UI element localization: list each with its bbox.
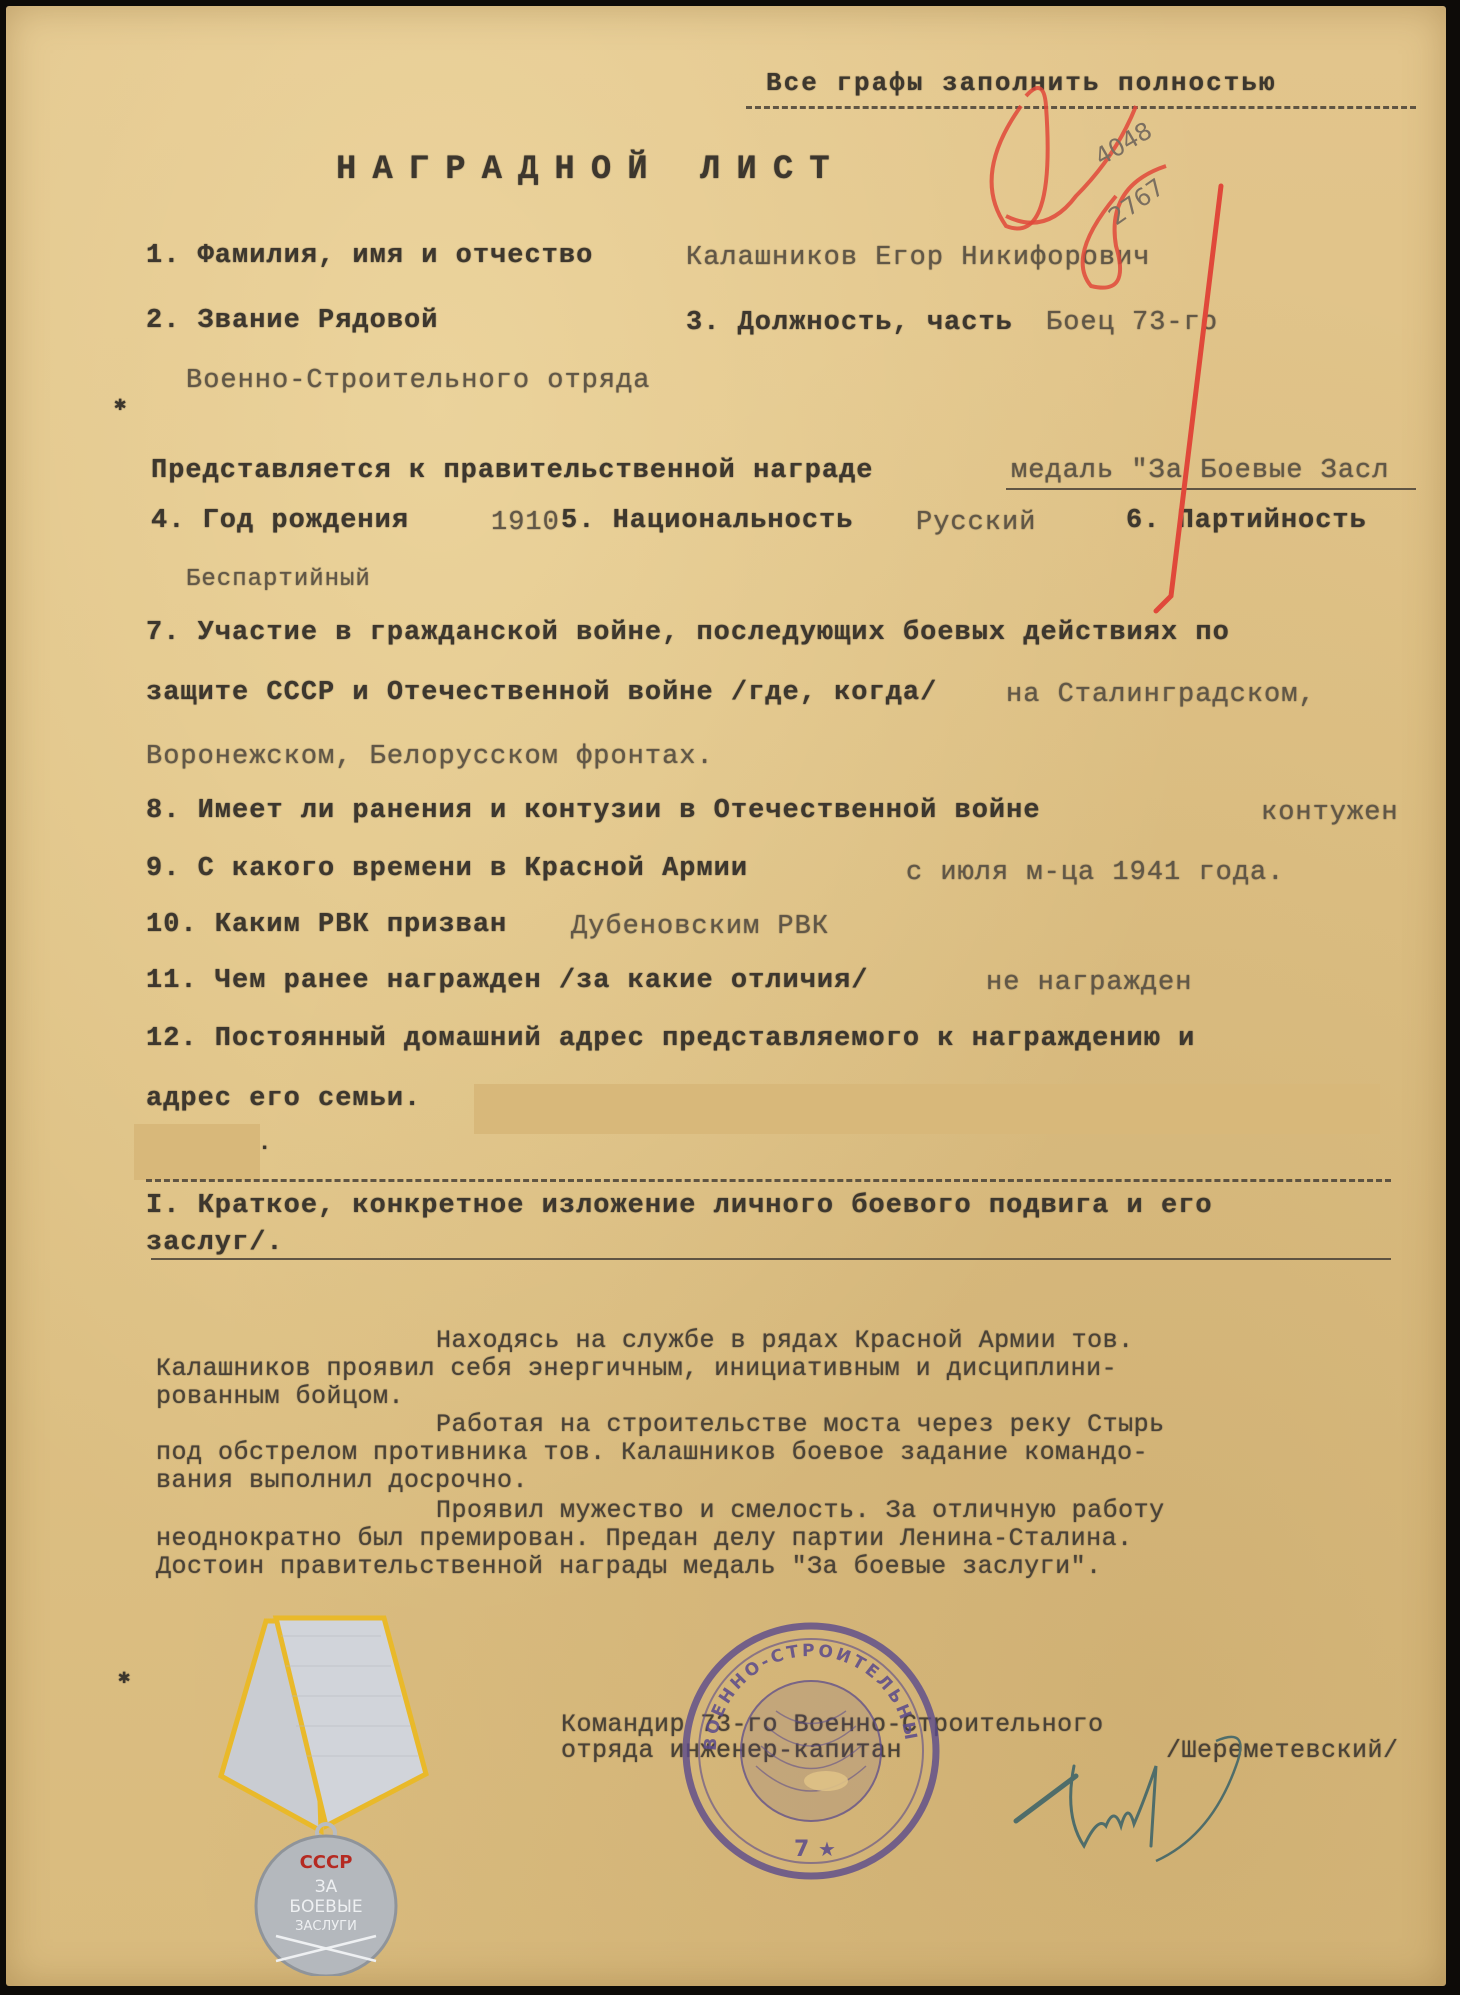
section-bottom-rule	[151, 1258, 1391, 1260]
narrative-line-2: Калашников проявил себя энергичным, иниц…	[156, 1354, 1117, 1383]
svg-text:7: 7	[794, 1837, 809, 1862]
section-top-rule	[146, 1179, 1391, 1182]
field-8-value: контужен	[1261, 798, 1399, 828]
field-10-value: Дубеновским РВК	[571, 912, 829, 942]
field-7-label-line2: защите СССР и Отечественной войне /где, …	[146, 678, 937, 708]
svg-text:★: ★	[818, 1837, 836, 1861]
field-8-label: 8. Имеет ли ранения и контузии в Отечест…	[146, 796, 1041, 826]
svg-text:БОЕВЫЕ: БОЕВЫЕ	[289, 1897, 362, 1917]
field-7-value-line2: Воронежском, Белорусском фронтах.	[146, 742, 714, 772]
narrative-line-5: под обстрелом противника тов. Калашников…	[156, 1438, 1148, 1467]
narrative-line-1: Находясь на службе в рядах Красной Армии…	[436, 1326, 1134, 1355]
narrative-line-6: вания выполнил досрочно.	[156, 1466, 528, 1495]
red-pencil-annotation-icon: 4048 2767	[966, 66, 1286, 616]
hole-punch-mark-2: ✱	[118, 1664, 131, 1690]
redaction-dot: .	[258, 1131, 272, 1156]
redacted-address-block-2	[134, 1124, 260, 1180]
field-4-label: 4. Год рождения	[151, 506, 409, 536]
stamp-icon: ВОЕННО-СТРОИТЕЛЬНЫЙ ОТРЯД 7 ★	[676, 1616, 946, 1886]
field-7-label-line1: 7. Участие в гражданской войне, последую…	[146, 618, 1230, 648]
field-6-value: Беспартийный	[186, 566, 371, 593]
medal-for-combat-merit-image: СССР ЗА БОЕВЫЕ ЗАСЛУГИ	[206, 1596, 446, 1976]
redacted-address-block	[474, 1084, 1380, 1134]
field-12-label-line2: адрес его семьи.	[146, 1084, 421, 1114]
award-sheet-page: Все графы заполнить полностью НАГРАДНОЙ …	[6, 6, 1446, 1986]
field-3-label: 3. Должность, часть	[686, 308, 1013, 338]
field-3-value-cont: Военно-Строительного отряда	[186, 366, 650, 396]
field-1-label: 1. Фамилия, имя и отчество	[146, 241, 593, 271]
field-7-value-line1: на Сталинградском,	[1006, 680, 1316, 710]
field-11-label: 11. Чем ранее награжден /за какие отличи…	[146, 966, 869, 996]
field-2-label: 2. Звание Рядовой	[146, 306, 438, 336]
svg-text:СССР: СССР	[300, 1852, 353, 1873]
field-9-value: с июля м-ца 1941 года.	[906, 858, 1284, 888]
svg-text:4048: 4048	[1090, 116, 1157, 171]
field-9-label: 9. С какого времени в Красной Армии	[146, 854, 748, 884]
svg-text:ЗАСЛУГИ: ЗАСЛУГИ	[295, 1919, 357, 1934]
handwritten-signature-icon	[1006, 1706, 1286, 1866]
field-5-label: 5. Национальность	[561, 506, 853, 536]
field-10-label: 10. Каким РВК призван	[146, 910, 507, 940]
presented-label: Представляется к правительственной награ…	[151, 456, 874, 486]
field-11-value: не награжден	[986, 968, 1192, 998]
field-4-value: 1910	[491, 508, 560, 538]
document-title: НАГРАДНОЙ ЛИСТ	[336, 151, 846, 189]
hole-punch-mark: ✱	[114, 391, 127, 417]
narrative-line-3: рованным бойцом.	[156, 1382, 404, 1411]
section-title-line1: I. Краткое, конкретное изложение личного…	[146, 1191, 1213, 1221]
narrative-line-7: Проявил мужество и смелость. За отличную…	[436, 1496, 1165, 1525]
field-12-label-line1: 12. Постоянный домашний адрес представля…	[146, 1024, 1195, 1054]
narrative-line-8: неоднократно был премирован. Предан делу…	[156, 1524, 1133, 1553]
narrative-line-4: Работая на строительстве моста через рек…	[436, 1410, 1165, 1439]
narrative-line-9: Достоин правительственной награды медаль…	[156, 1552, 1102, 1581]
svg-text:ЗА: ЗА	[315, 1877, 338, 1897]
section-title-line2: заслуг/.	[146, 1228, 284, 1258]
